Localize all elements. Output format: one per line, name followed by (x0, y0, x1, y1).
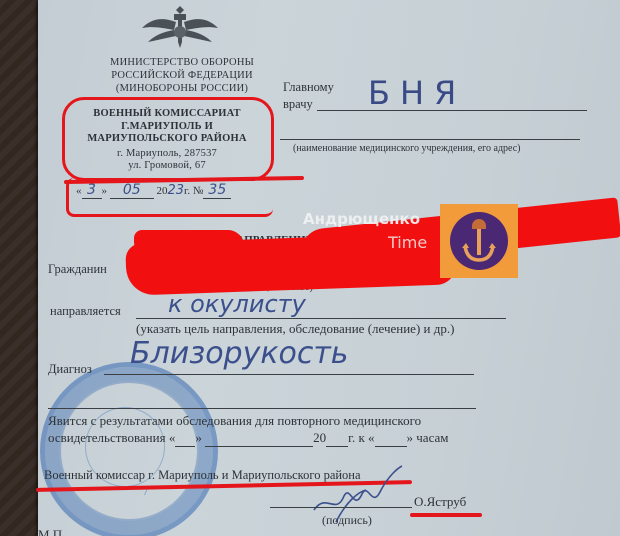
appear-year-field (326, 430, 348, 447)
diagnosis-line-2 (48, 408, 476, 409)
signer-underline-highlight (410, 513, 482, 517)
appear-month-field (205, 430, 313, 447)
diagnosis-handwritten: Близорукость (130, 336, 348, 371)
official-stamp: 7 (40, 362, 218, 536)
watermark-logo (440, 204, 518, 278)
watermark-title: Андрющенко (303, 210, 420, 228)
commissariat-line-2: Г.МАРИУПОЛЬ И (57, 121, 277, 134)
directed-underline (136, 318, 506, 319)
ministry-line-1: МИНИСТЕРСТВО ОБОРОНЫ (72, 56, 292, 69)
signature-line (270, 507, 412, 508)
recipient-label-line1: Главному (283, 80, 334, 95)
diagnosis-label: Диагноз (48, 362, 92, 377)
ministry-line-2: РОССИЙСКОЙ ФЕДЕРАЦИИ (72, 69, 292, 82)
commissariat-line-1: ВОЕННЫЙ КОМИССАРИАТ (57, 108, 277, 121)
signature-caption: (подпись) (322, 513, 372, 528)
recipient-caption: (наименование медицинского учреждения, е… (293, 143, 521, 154)
signer-name: О.Яструб (414, 494, 466, 510)
appear-instruction-line2: освидетельствования « » 20 г. к « » часа… (48, 430, 449, 447)
appear-instruction-line1: Явится с результатами обследования для п… (48, 413, 421, 429)
recipient-address-line (280, 139, 580, 140)
date-month: 05 (110, 182, 154, 199)
address-line-2: ул. Громовой, 67 (57, 160, 277, 172)
directed-handwritten: к окулисту (168, 290, 306, 318)
appear-hour-field (375, 430, 407, 447)
watermark-subtitle: Time (388, 233, 427, 252)
seal-label: М.П. (38, 527, 65, 536)
directed-label: направляется (50, 304, 121, 319)
diagnosis-underline (104, 374, 474, 375)
commissariat-line-3: МАРИУПОЛЬСКОГО РАЙОНА (57, 133, 277, 146)
recipient-label-line2: врачу (283, 97, 313, 112)
date-year: 23 (168, 183, 185, 198)
document-number: 35 (203, 182, 231, 199)
directed-caption: (указать цель направления, обследование … (136, 321, 454, 337)
recipient-handwritten: БНЯ (368, 74, 466, 112)
double-headed-eagle-emblem-icon (140, 2, 220, 54)
ministry-header: МИНИСТЕРСТВО ОБОРОНЫ РОССИЙСКОЙ ФЕДЕРАЦИ… (72, 56, 292, 95)
commissariat-name: ВОЕННЫЙ КОМИССАРИАТ Г.МАРИУПОЛЬ И МАРИУП… (57, 108, 277, 146)
commissariat-address: г. Мариуполь, 287537 ул. Громовой, 67 (57, 148, 277, 172)
ministry-line-3: (МИНОБОРОНЫ РОССИИ) (72, 82, 292, 95)
citizen-label: Гражданин (48, 262, 107, 277)
date-number-line: «3» 05 2023г. №35 (76, 182, 231, 199)
date-day: 3 (82, 182, 102, 199)
name-redaction-left (134, 230, 244, 256)
anchor-helmet-icon (460, 216, 498, 268)
appear-day-field (175, 430, 195, 447)
address-line-1: г. Мариуполь, 287537 (57, 148, 277, 160)
